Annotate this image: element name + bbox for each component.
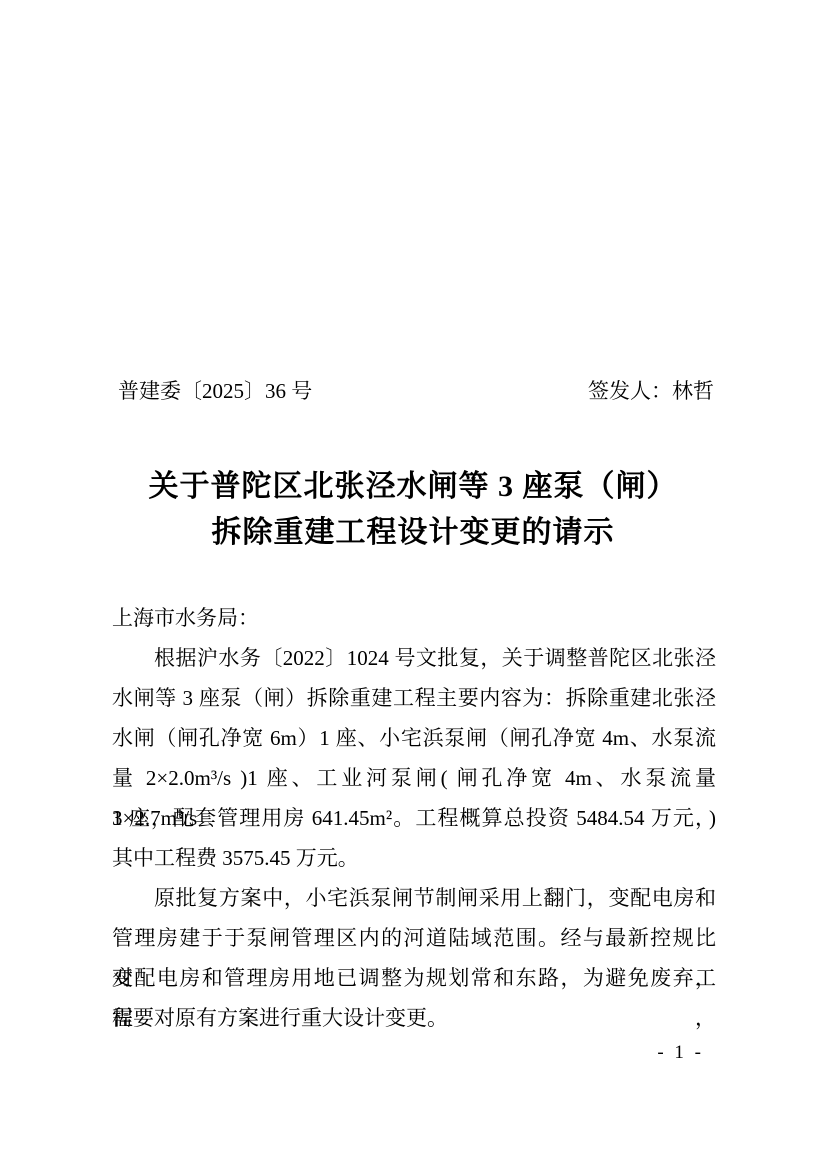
paragraph-2-line-1: 原批复方案中，小宅浜泵闸节制闸采用上翻门，变配电房和	[112, 878, 716, 918]
document-body: 上海市水务局： 根据沪水务〔2022〕1024 号文批复，关于调整普陀区北张泾 …	[112, 598, 716, 1038]
doc-number: 普建委〔2025〕36 号	[118, 377, 312, 405]
document-page: 普建委〔2025〕36 号 签发人：林哲 关于普陀区北张泾水闸等 3 座泵（闸）…	[0, 0, 826, 1169]
paragraph-1-line-5: 1 座，配套管理用房 641.45m²。工程概算总投资 5484.54 万元，	[112, 798, 716, 838]
signer-label: 签发人：林哲	[588, 377, 714, 405]
paragraph-1-line-4: 量 2×2.0m³/s )1 座、工业河泵闸( 闸孔净宽 4m、水泵流量 3×2…	[112, 758, 716, 798]
title-line-1: 关于普陀区北张泾水闸等 3 座泵（闸）	[0, 464, 826, 510]
paragraph-2-line-2: 管理房建于于泵闸管理区内的河道陆域范围。经与最新控规比对，	[112, 918, 716, 958]
paragraph-1-line-6: 其中工程费 3575.45 万元。	[112, 838, 716, 878]
document-header: 普建委〔2025〕36 号 签发人：林哲	[118, 377, 714, 405]
page-number: - 1 -	[657, 1042, 704, 1064]
paragraph-1-line-3: 水闸（闸孔净宽 6m）1 座、小宅浜泵闸（闸孔净宽 4m、水泵流	[112, 718, 716, 758]
paragraph-1-line-1: 根据沪水务〔2022〕1024 号文批复，关于调整普陀区北张泾	[112, 638, 716, 678]
title-line-2: 拆除重建工程设计变更的请示	[0, 510, 826, 556]
paragraph-1-line-2: 水闸等 3 座泵（闸）拆除重建工程主要内容为：拆除重建北张泾	[112, 678, 716, 718]
paragraph-2-line-3: 变配电房和管理房用地已调整为规划常和东路，为避免废弃工程，	[112, 958, 716, 998]
salutation: 上海市水务局：	[112, 598, 716, 638]
document-title: 关于普陀区北张泾水闸等 3 座泵（闸） 拆除重建工程设计变更的请示	[0, 464, 826, 556]
